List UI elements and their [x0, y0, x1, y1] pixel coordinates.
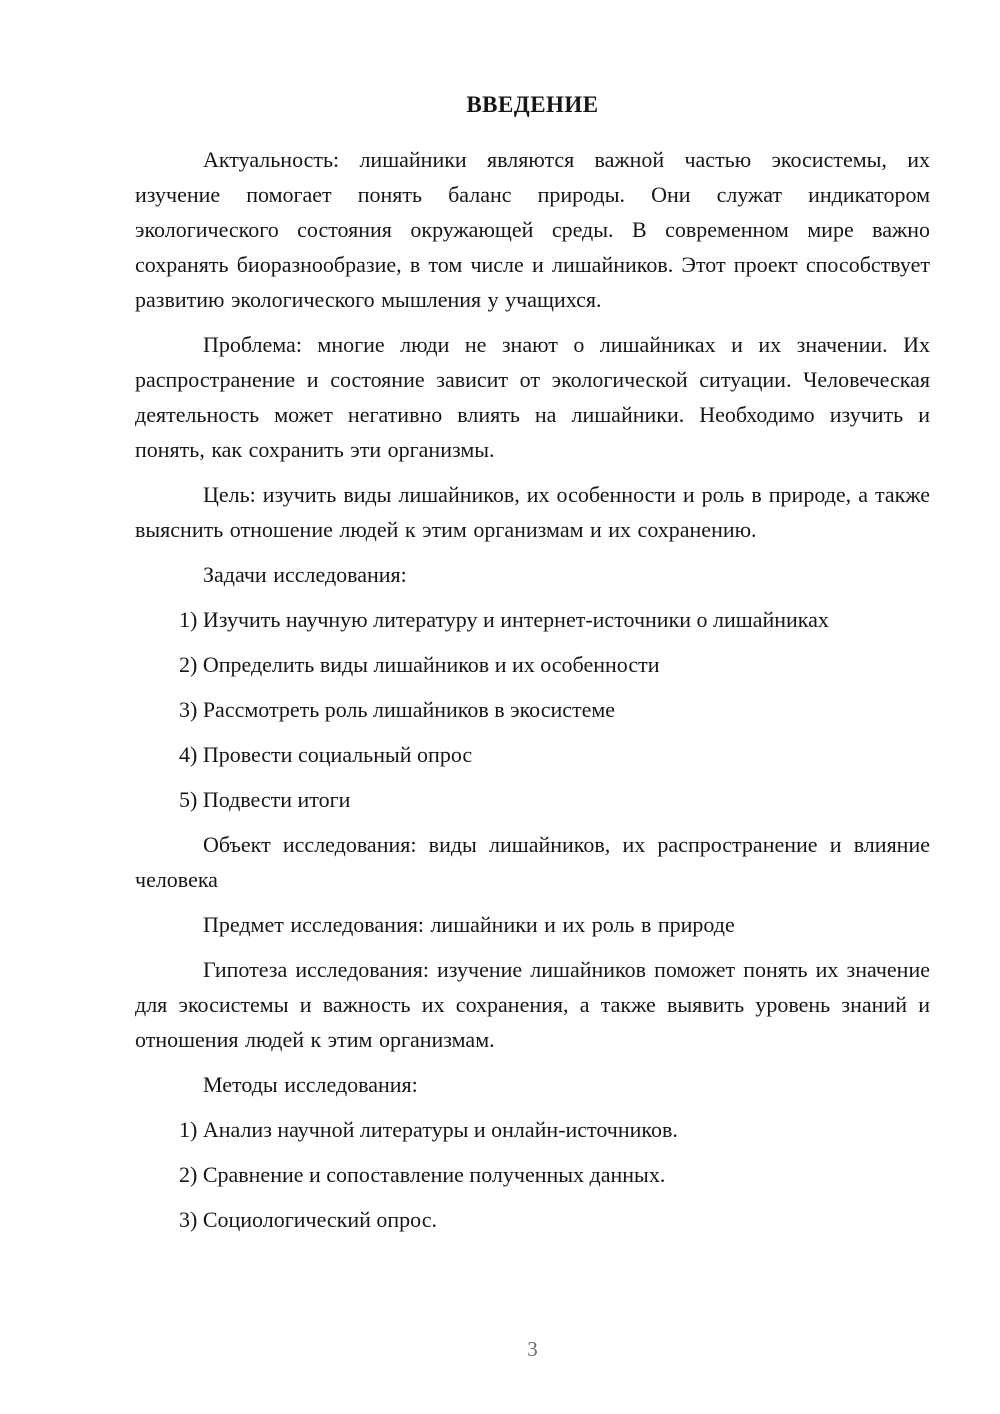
method-item-2: 2) Сравнение и сопоставление полученных … [135, 1157, 930, 1192]
page-number: 3 [135, 1337, 930, 1362]
method-item-3: 3) Социологический опрос. [135, 1202, 930, 1237]
method-item-1: 1) Анализ научной литературы и онлайн-ис… [135, 1112, 930, 1147]
paragraph-problem: Проблема: многие люди не знают о лишайни… [135, 327, 930, 467]
page-content: ВВЕДЕНИЕ Актуальность: лишайники являютс… [135, 92, 930, 1247]
paragraph-subject: Предмет исследования: лишайники и их рол… [135, 907, 930, 942]
paragraph-hypothesis: Гипотеза исследования: изучение лишайник… [135, 952, 930, 1057]
paragraph-goal: Цель: изучить виды лишайников, их особен… [135, 477, 930, 547]
task-item-3: 3) Рассмотреть роль лишайников в экосист… [135, 692, 930, 727]
task-item-1: 1) Изучить научную литературу и интернет… [135, 602, 930, 637]
task-item-5: 5) Подвести итоги [135, 782, 930, 817]
paragraph-relevance: Актуальность: лишайники являются важной … [135, 142, 930, 317]
page-title: ВВЕДЕНИЕ [135, 92, 930, 118]
task-item-2: 2) Определить виды лишайников и их особе… [135, 647, 930, 682]
document-page: ВВЕДЕНИЕ Актуальность: лишайники являютс… [0, 0, 1000, 1414]
paragraph-tasks-heading: Задачи исследования: [135, 557, 930, 592]
paragraph-object: Объект исследования: виды лишайников, их… [135, 827, 930, 897]
task-item-4: 4) Провести социальный опрос [135, 737, 930, 772]
paragraph-methods-heading: Методы исследования: [135, 1067, 930, 1102]
